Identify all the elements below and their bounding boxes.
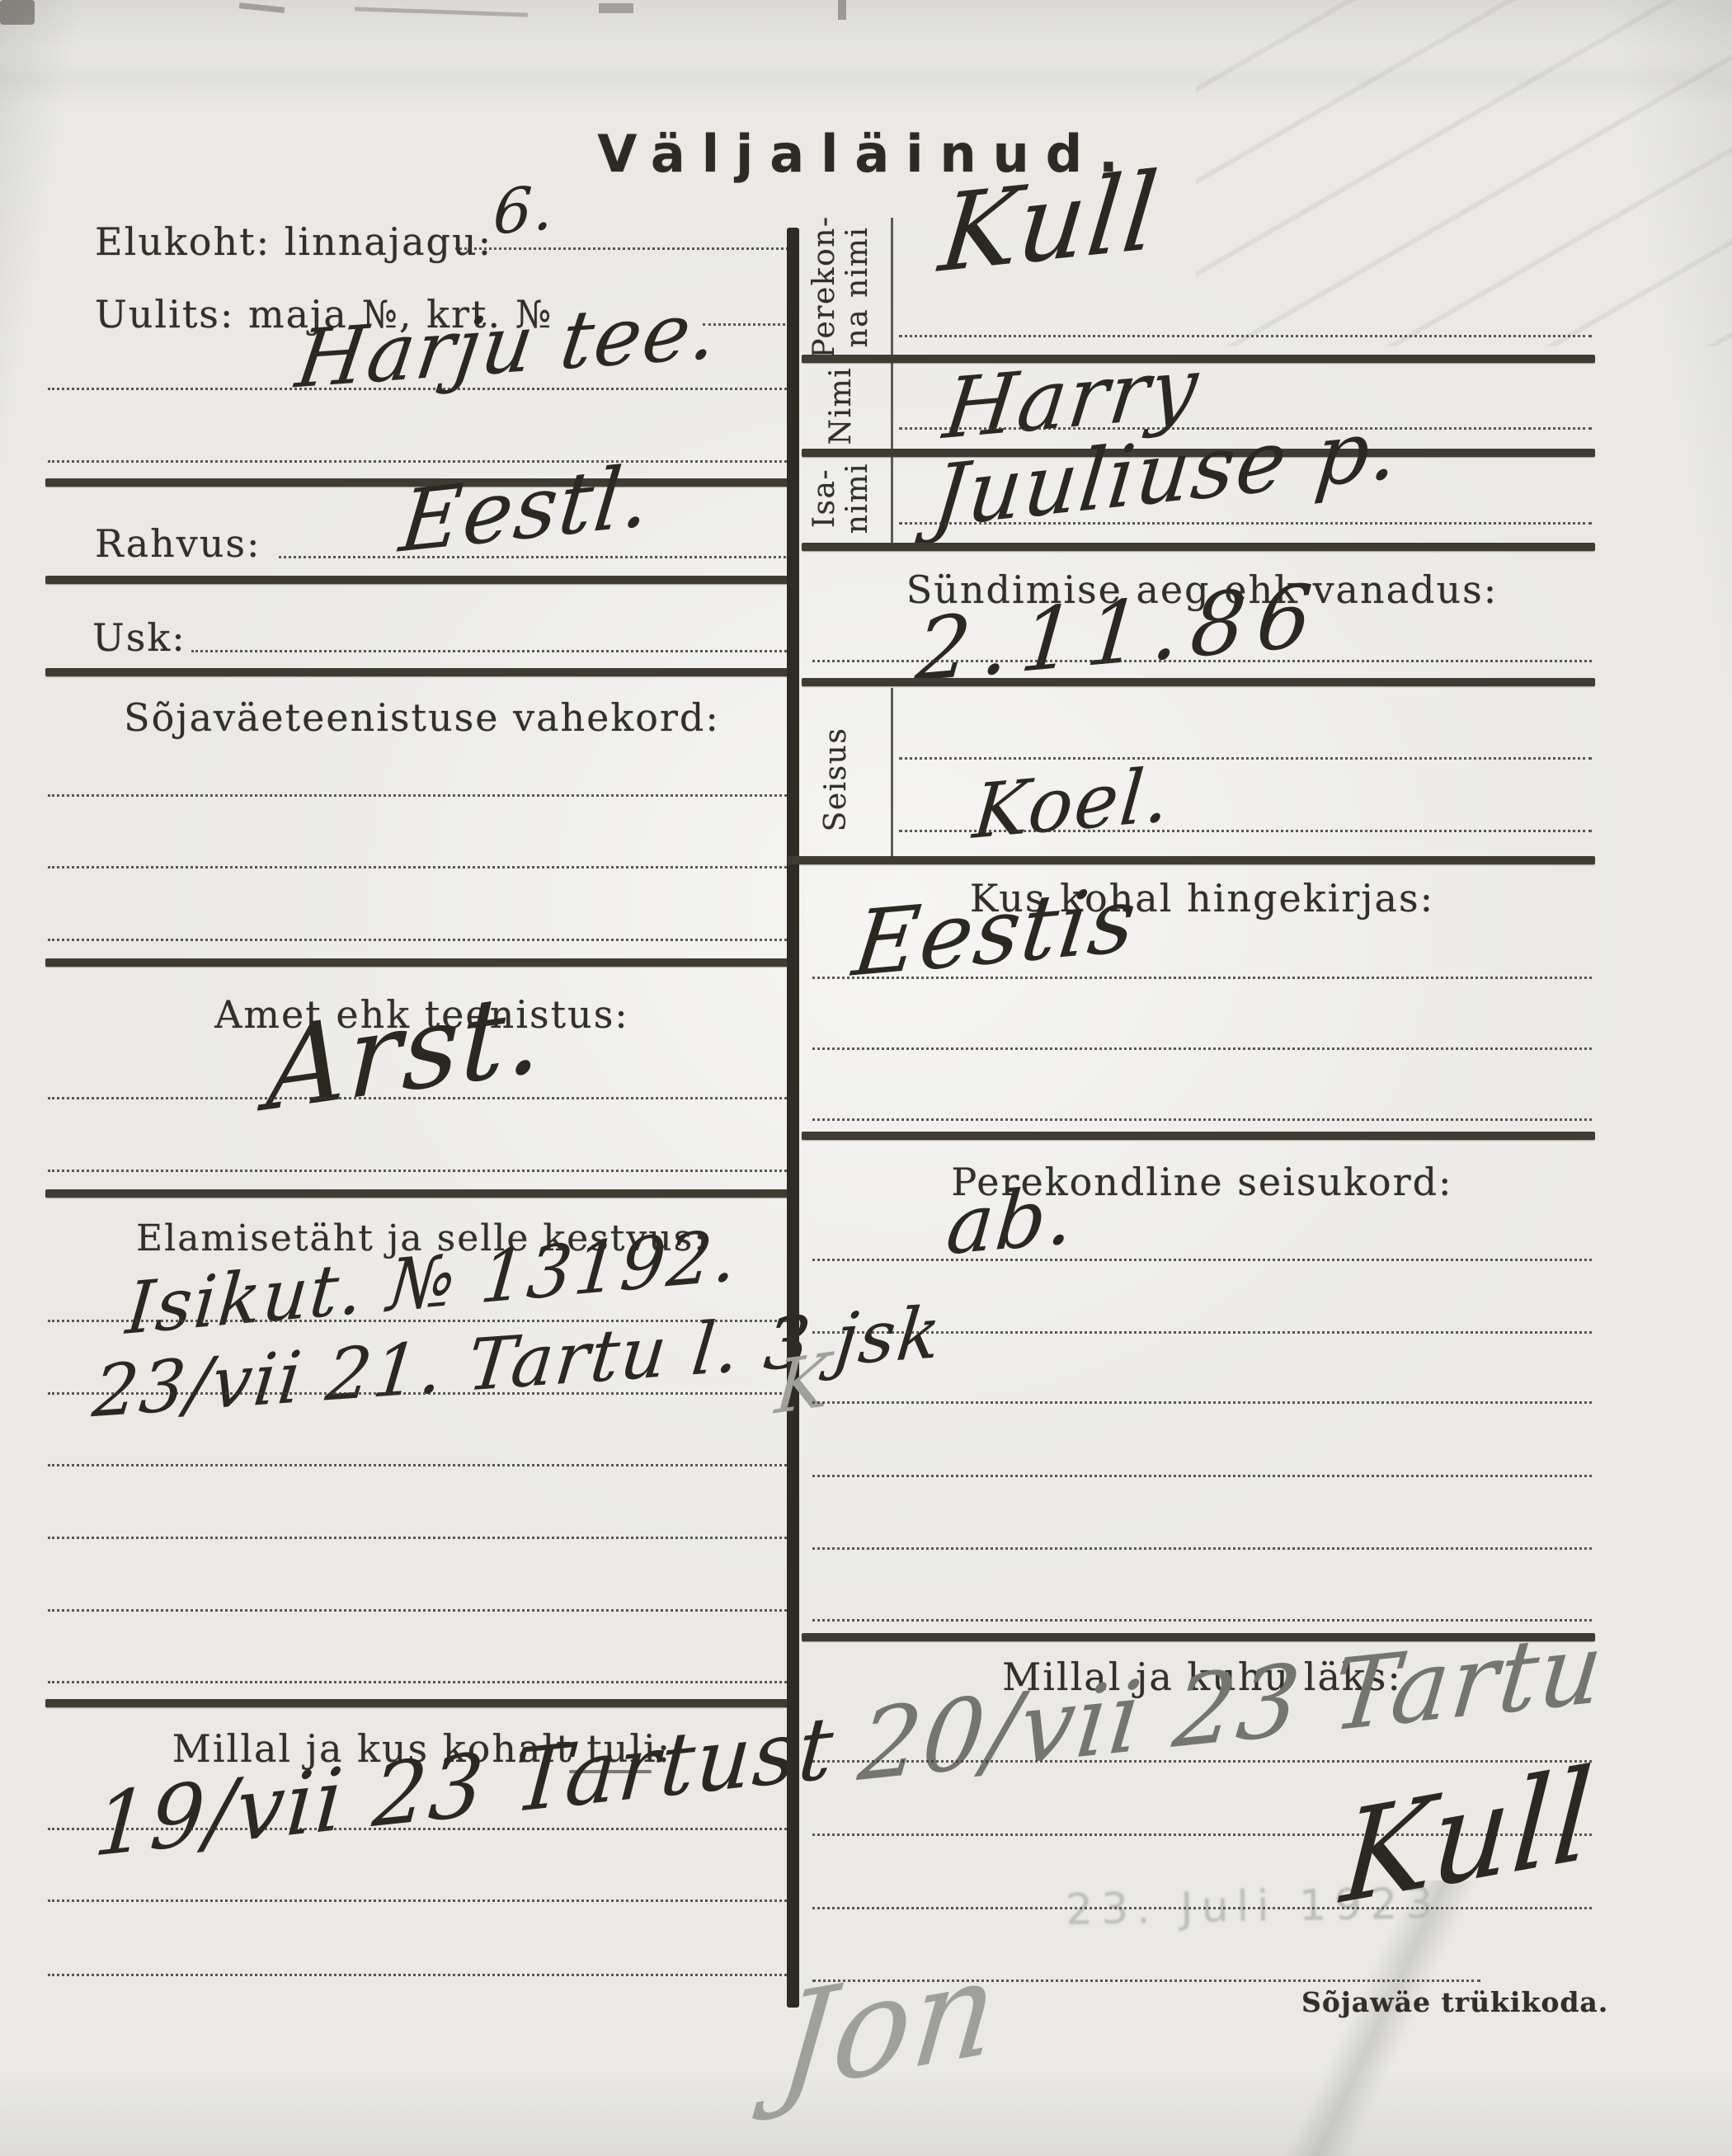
section-rule: [45, 958, 798, 967]
dotted-line: [455, 247, 798, 250]
field-nimi-label-text: Nimi: [825, 367, 858, 445]
dotted-line: [279, 556, 796, 558]
field-elukoht-value: 6.: [492, 172, 557, 248]
dotted-line: [812, 1401, 1592, 1404]
pencil-note: Jon: [773, 1928, 1005, 2124]
dotted-line: [812, 1047, 1592, 1050]
dotted-line: [48, 1537, 796, 1539]
section-rule: [802, 678, 1595, 686]
scan-smudge: [838, 0, 846, 20]
field-perekondline-value: ab.: [943, 1169, 1079, 1273]
paper-crease: [0, 49, 1732, 107]
dotted-line: [812, 1331, 1592, 1334]
field-perekondline-label: Perekondline seisukord:: [812, 1160, 1592, 1204]
dotted-line: [812, 977, 1592, 979]
field-seisus-label-text: Seisus: [820, 727, 853, 832]
dotted-line: [812, 1118, 1592, 1121]
dotted-line: [48, 1464, 796, 1466]
field-usk-label: Usk:: [92, 615, 186, 660]
pencil-mark: K: [773, 1336, 834, 1430]
scan-smudge: [0, 0, 35, 25]
section-rule: [45, 576, 798, 584]
field-perekonnanimi-label: Perekon- na nimi: [808, 205, 874, 370]
dotted-line: [899, 335, 1592, 337]
field-seisus-value: Koel.: [970, 751, 1174, 856]
field-sojavae-label: Sõjaväeteenistuse vahekord:: [48, 695, 796, 740]
section-rule: [45, 668, 798, 676]
dotted-line: [48, 1170, 796, 1172]
scanned-form-page: Väljaläinud. Elukoht: linnajagu: 6. Uuli…: [0, 0, 1732, 2156]
dotted-line: [812, 1547, 1592, 1550]
dotted-line: [48, 388, 796, 390]
signature: Kull: [1337, 1741, 1598, 1933]
field-seisus-label: Seisus: [818, 701, 854, 858]
form-title: Väljaläinud.: [0, 124, 1732, 184]
dotted-line: [48, 1828, 796, 1830]
dotted-line: [191, 650, 796, 652]
dotted-line: [812, 1259, 1592, 1261]
scan-smudge: [239, 2, 285, 13]
field-millal-tuli-value: 19/vii 23 Tartust: [91, 1697, 838, 1876]
dotted-line: [812, 660, 1592, 662]
section-rule: [788, 856, 1595, 864]
label-separator-line: [891, 218, 893, 546]
dotted-line: [899, 522, 1592, 525]
field-isanimi-label-line1: Isa-: [808, 468, 841, 528]
dotted-line: [48, 460, 796, 463]
label-separator-line: [891, 688, 893, 858]
dotted-line: [48, 1974, 796, 1976]
dotted-line: [48, 866, 796, 869]
dotted-line: [48, 939, 796, 941]
section-rule: [802, 543, 1595, 551]
dotted-line: [48, 1097, 796, 1099]
field-isanimi-label: Isa- nimi: [808, 453, 874, 544]
scan-smudge: [355, 7, 528, 16]
section-rule: [45, 1699, 798, 1707]
field-nimi-label: Nimi: [823, 365, 859, 447]
field-perekonnanimi-value: Kull: [934, 149, 1165, 297]
dotted-line: [899, 757, 1592, 760]
field-rahvus-label: Rahvus:: [95, 521, 261, 566]
dotted-line: [48, 1681, 796, 1683]
column-divider: [787, 228, 799, 2008]
dotted-line: [48, 1609, 796, 1612]
dotted-line: [48, 1899, 796, 1902]
printer-imprint: Sõjawäe trükikoda.: [1301, 1986, 1608, 2018]
field-perekonnanimi-label-line2: na nimi: [841, 227, 874, 348]
dotted-line: [812, 1619, 1592, 1622]
field-perekonnanimi-label-line1: Perekon-: [808, 215, 841, 358]
section-rule: [802, 1132, 1595, 1140]
dotted-line: [899, 830, 1592, 832]
field-elukoht-label: Elukoht: linnajagu:: [95, 219, 492, 264]
dotted-line: [812, 1475, 1592, 1477]
section-rule: [45, 1189, 798, 1198]
field-isanimi-label-line2: nimi: [841, 463, 874, 534]
dotted-line: [48, 1392, 796, 1395]
dotted-line: [48, 794, 796, 797]
field-rahvus-value: Eestl.: [395, 446, 656, 572]
scan-smudge: [599, 3, 633, 13]
